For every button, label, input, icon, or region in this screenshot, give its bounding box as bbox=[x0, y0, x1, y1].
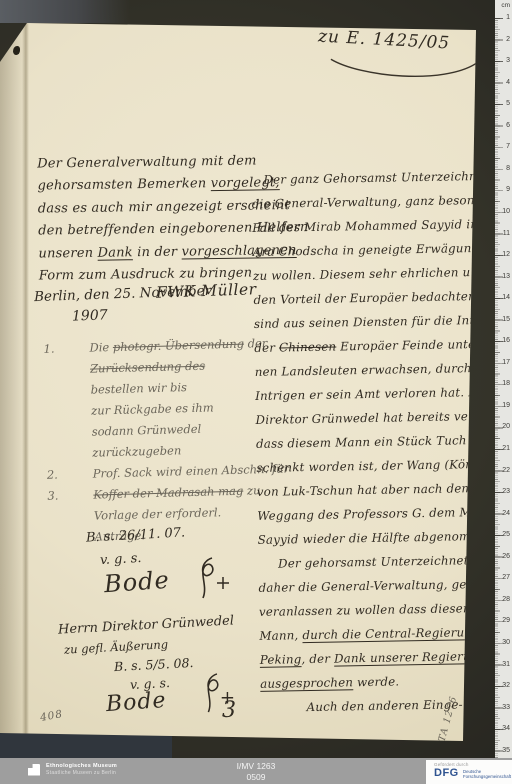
handwritten-text: sodann Grünwedel bbox=[92, 422, 202, 439]
page-crease bbox=[22, 20, 29, 736]
left-paragraph-line: gehorsamsten Bemerken vorgelegt, bbox=[37, 173, 259, 199]
handwritten-text: Mann, bbox=[259, 628, 302, 643]
signature-bode: Bode bbox=[105, 688, 167, 717]
paraph-mark-icon bbox=[190, 552, 232, 609]
ruler-number: 19 bbox=[502, 402, 510, 409]
registry-annotation: zu E. 1425/05 bbox=[318, 27, 451, 54]
binding-hole-icon bbox=[13, 46, 20, 55]
ruler-number: 14 bbox=[502, 294, 510, 301]
ruler-number: 35 bbox=[502, 747, 510, 754]
ruler-number: 28 bbox=[502, 596, 510, 603]
handwritten-text: dass diesem Mann ein Stück Tuch ge- bbox=[256, 433, 490, 451]
ruler: cm 1234567891011121314151617181920212223… bbox=[495, 0, 512, 760]
ruler-unit-label: cm bbox=[501, 2, 510, 9]
handwritten-text: die General-Verwaltung, ganz besonders d… bbox=[252, 192, 512, 211]
left-paragraph-line: Der Generalverwaltung mit dem bbox=[37, 150, 259, 176]
handwritten-text: Der gehorsamst Unterzeichnete bittet bbox=[278, 552, 512, 570]
handwritten-text: Direktor Grünwedel hat bereits veranlass… bbox=[255, 408, 512, 427]
handwritten-text: durch die Central-Regierung in bbox=[302, 625, 495, 642]
binding-hole-icon bbox=[16, 26, 20, 31]
handwritten-text: Die bbox=[89, 340, 113, 355]
handwritten-text: von Luk-Tschun hat aber nach dem bbox=[257, 481, 473, 499]
ruler-number: 18 bbox=[502, 380, 510, 387]
handwritten-text: photogr. Übersendung bbox=[113, 337, 244, 354]
minute2-request: zu gefl. Äußerung bbox=[64, 637, 169, 656]
handwritten-text: bestellen wir bis bbox=[90, 380, 187, 397]
handwritten-text: Peking bbox=[260, 652, 302, 667]
handwritten-text: Auch den anderen Einge- bbox=[306, 697, 462, 714]
handwritten-text: gehorsamsten Bemerken bbox=[37, 177, 210, 194]
ruler-number: 17 bbox=[502, 359, 510, 366]
ruler-number: 2 bbox=[506, 36, 510, 43]
ruler-number: 6 bbox=[506, 122, 510, 129]
ruler-number: 27 bbox=[502, 574, 510, 581]
ruler-number: 33 bbox=[502, 704, 510, 711]
handwritten-text: , der bbox=[301, 652, 334, 667]
handwritten-text: unseren bbox=[38, 245, 97, 261]
right-column-text: Der ganz Gehorsamst Unterzeichnete bitte… bbox=[251, 164, 483, 720]
footer-bar: Ethnologisches Museum Staatliche Museen … bbox=[0, 758, 512, 784]
handwritten-text: Weggang des Professors G. dem Mohammed bbox=[257, 504, 512, 523]
ruler-number: 16 bbox=[502, 337, 510, 344]
left-paragraph-line: dass es auch mir angezeigt erscheint bbox=[38, 195, 260, 221]
ruler-number: 30 bbox=[502, 639, 510, 646]
year: 1907 bbox=[72, 307, 108, 324]
ruler-number: 5 bbox=[506, 100, 510, 107]
note-number: 2. bbox=[47, 465, 59, 486]
manuscript-page: zu E. 1425/05 Der Generalverwaltung mit … bbox=[0, 0, 480, 746]
minute1-vgs: v. g. s. bbox=[100, 551, 142, 568]
ruler-number: 11 bbox=[503, 230, 510, 237]
handwritten-text: Dank unserer Regierung bbox=[334, 649, 486, 666]
dfg-acronym: DFG bbox=[434, 767, 459, 779]
ruler-number: 1 bbox=[506, 14, 510, 21]
flourish-icon bbox=[326, 51, 483, 85]
page-number: 3 bbox=[222, 698, 236, 723]
ruler-number: 15 bbox=[502, 316, 510, 323]
handwritten-text: Dank bbox=[97, 245, 132, 260]
handwritten-text: werde. bbox=[353, 674, 399, 689]
ruler-number: 25 bbox=[502, 531, 510, 538]
handwritten-text: Sayyid wieder die Hälfte abgenommen. — bbox=[258, 528, 512, 547]
ruler-number: 29 bbox=[502, 617, 510, 624]
handwritten-text: Chinesen bbox=[279, 340, 336, 355]
ruler-number: 10 bbox=[502, 208, 510, 215]
ruler-number: 8 bbox=[506, 165, 510, 172]
ruler-number: 26 bbox=[502, 553, 510, 560]
ruler-number: 4 bbox=[506, 79, 510, 86]
scan-background-sheen bbox=[0, 0, 130, 23]
registry-number: zu E. 1425/05 bbox=[318, 27, 451, 54]
handwritten-text: den Vorteil der Europäer bedachten Mann bbox=[253, 288, 512, 307]
dfg-logo: Gefördert durch DFG Deutsche Forschungsg… bbox=[426, 760, 512, 784]
minute2-addressee: Herrn Direktor Grünwedel bbox=[58, 613, 235, 637]
ruler-number: 24 bbox=[502, 510, 510, 517]
handwritten-text: nen Landsleuten erwachsen, durch deren bbox=[255, 360, 512, 378]
handwritten-text: Intrigen er sein Amt verloren hat. Herr bbox=[255, 385, 498, 403]
handwritten-text: Ara Chodscha in geneigte Erwägung nehmen bbox=[253, 240, 512, 259]
handwritten-text: daher die General-Verwaltung, geneigtest bbox=[258, 576, 512, 595]
handwritten-text: Fall des Mirab Mohammed Sayyid im bbox=[252, 217, 482, 235]
handwritten-text: Koffer der Madrasah mag bbox=[93, 484, 243, 502]
minute2-date: B. s. 5/5. 08. bbox=[114, 655, 194, 674]
left-paragraph-line: unseren Dank in der vorgeschlagenen bbox=[38, 240, 260, 266]
ruler-number: 34 bbox=[502, 725, 510, 732]
left-column-paragraph: Der Generalverwaltung mit demgehorsamste… bbox=[37, 150, 261, 288]
handwritten-text: Europäer Feinde unter den eige- bbox=[336, 336, 512, 354]
ruler-number: 21 bbox=[502, 445, 510, 452]
scanned-document: zu E. 1425/05 Der Generalverwaltung mit … bbox=[0, 0, 512, 784]
handwritten-text: zur Rückgabe es ihm bbox=[91, 400, 214, 417]
handwritten-text: schenkt worden ist, der Wang (König) bbox=[256, 457, 489, 475]
handwritten-text: Der ganz Gehorsamst Unterzeichnete bbox=[263, 169, 500, 187]
ruler-number: 12 bbox=[502, 251, 510, 258]
handwritten-text: Der Generalverwaltung mit dem bbox=[37, 153, 257, 171]
left-paragraph-line: den betreffenden eingeborenen Helfern bbox=[38, 218, 260, 244]
handwritten-text: zu wollen. Diesem sehr ehrlichen u. auf bbox=[253, 265, 498, 283]
pencil-marginalia: 1.Die photogr. Übersendung derZurücksend… bbox=[43, 333, 263, 549]
ruler-number: 23 bbox=[502, 488, 510, 495]
ruler-number: 9 bbox=[506, 186, 510, 193]
ruler-number: 22 bbox=[502, 467, 510, 474]
handwritten-text: Zurücksendung des bbox=[90, 359, 205, 376]
ruler-number: 20 bbox=[502, 423, 510, 430]
ruler-number: 7 bbox=[506, 143, 510, 150]
handwritten-text: ausgesprochen bbox=[260, 675, 353, 691]
dfg-name: Deutsche Forschungsgemeinschaft bbox=[463, 769, 511, 779]
handwritten-text: sind aus seinen Diensten für die Interes… bbox=[254, 312, 512, 331]
signature-mueller: FWK Müller bbox=[156, 280, 257, 301]
ruler-number: 13 bbox=[502, 273, 510, 280]
pencil-foliation-number: 408 bbox=[39, 708, 64, 724]
handwritten-text: in der bbox=[133, 244, 182, 260]
ruler-number: 32 bbox=[502, 682, 510, 689]
handwritten-text: veranlassen zu wollen dass diesem bbox=[259, 601, 475, 619]
note-number: 3. bbox=[47, 486, 59, 507]
ruler-number: 31 bbox=[502, 661, 510, 668]
handwritten-text: der bbox=[254, 341, 279, 355]
ruler-number: 3 bbox=[506, 57, 510, 64]
dfg-name-line2: Forschungsgemeinschaft bbox=[463, 774, 511, 779]
note-number: 1. bbox=[43, 339, 55, 360]
signature-bode: Bode bbox=[103, 566, 170, 599]
handwritten-text: zurückzugeben bbox=[92, 443, 181, 459]
handwritten-text: Vorlage der erforderl. bbox=[94, 505, 222, 522]
